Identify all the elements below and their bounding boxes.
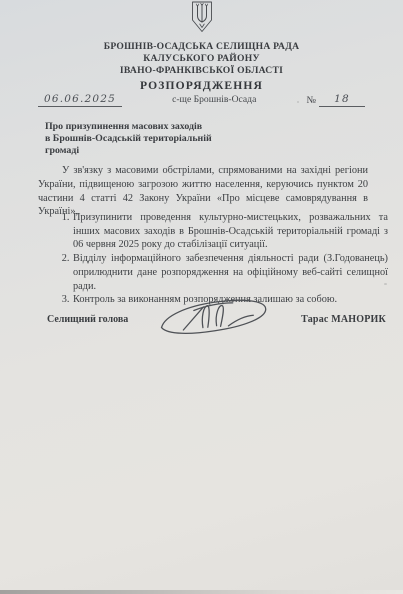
subject-line: в Брошнів-Осадській територіальній — [45, 133, 280, 145]
signatory-role: Селищний голова — [47, 314, 128, 325]
number-sign: № — [306, 95, 316, 107]
document-type-title: РОЗПОРЯДЖЕННЯ — [0, 79, 403, 92]
date-field: 06.06.2025 — [38, 93, 122, 107]
paper-speck — [297, 101, 299, 103]
org-name-line1: БРОШНІВ-ОСАДСЬКА СЕЛИЩНА РАДА — [0, 41, 403, 53]
handwritten-number: 18 — [319, 93, 365, 107]
place-name: с-ще Брошнів-Осада — [122, 94, 306, 107]
order-items-list: Призупинити проведення культурно-мистець… — [55, 211, 388, 307]
paper-speck — [384, 283, 387, 285]
order-item-1: Призупинити проведення культурно-мистець… — [72, 211, 388, 252]
org-name-line2: КАЛУСЬКОГО РАЙОНУ — [0, 53, 403, 65]
document-page: БРОШНІВ-ОСАДСЬКА СЕЛИЩНА РАДА КАЛУСЬКОГО… — [0, 0, 403, 594]
subject-line: Про призупинення масових заходів — [45, 121, 280, 133]
order-item-3: Контроль за виконанням розпорядження зал… — [72, 293, 388, 307]
number-field: № 18 — [306, 93, 365, 107]
handwritten-date: 06.06.2025 — [44, 93, 116, 105]
order-item-2: Відділу інформаційного забезпечення діял… — [72, 252, 388, 293]
signatory-name: Тарас МАНОРИК — [301, 314, 386, 325]
subject-line: громаді — [45, 145, 280, 157]
subject-block: Про призупинення масових заходів в Брошн… — [45, 121, 280, 156]
ukraine-trident-emblem-icon — [191, 1, 213, 33]
paper-speck — [344, 196, 346, 198]
org-name-line3: ІВАНО-ФРАНКІВСЬКОЇ ОБЛАСТІ — [0, 65, 403, 77]
org-header: БРОШНІВ-ОСАДСЬКА СЕЛИЩНА РАДА КАЛУСЬКОГО… — [0, 41, 403, 77]
meta-row: 06.06.2025 с-ще Брошнів-Осада № 18 — [38, 93, 365, 107]
